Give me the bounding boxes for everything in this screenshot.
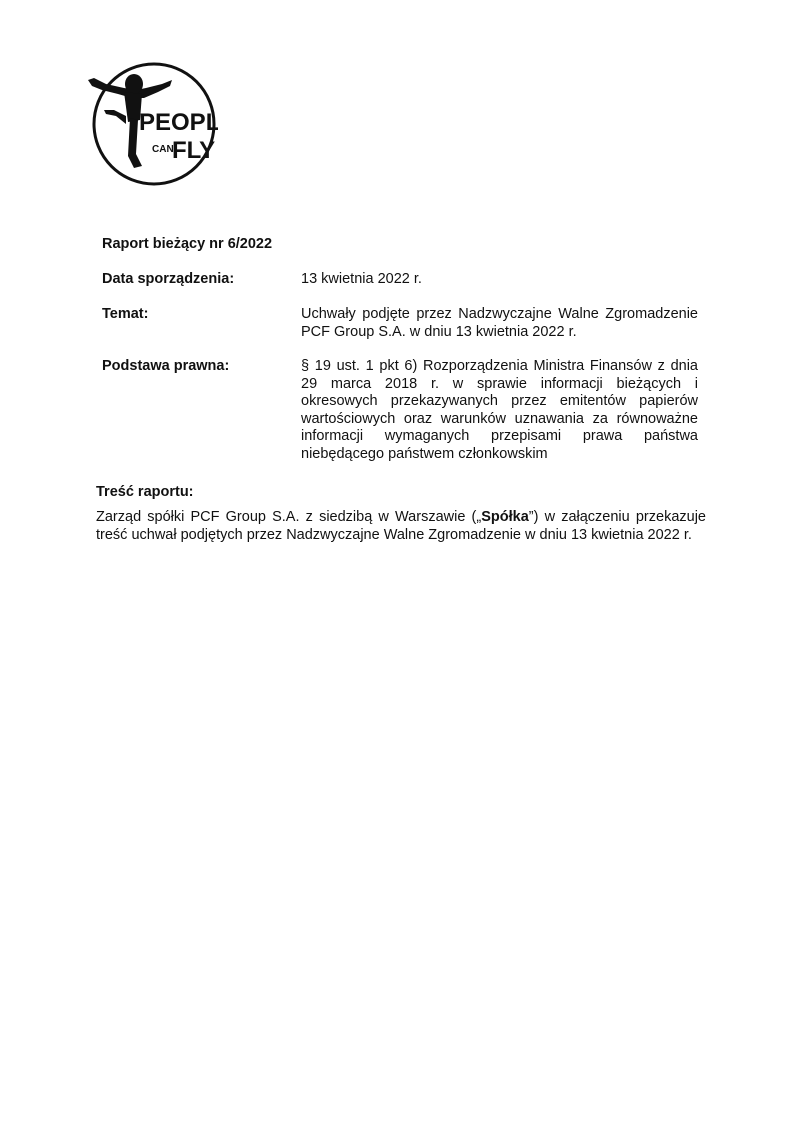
people-can-fly-logo: PEOPLE CAN FLY [84, 58, 218, 188]
field-date: Data sporządzenia: 13 kwietnia 2022 r. [102, 271, 698, 289]
logo-text-can: CAN [152, 144, 174, 155]
report-title: Raport bieżący nr 6/2022 [102, 236, 272, 252]
logo-text-people: PEOPLE [139, 109, 218, 136]
field-label: Podstawa prawna: [102, 358, 301, 463]
field-legal-basis: Podstawa prawna: § 19 ust. 1 pkt 6) Rozp… [102, 358, 698, 463]
field-value: 13 kwietnia 2022 r. [301, 271, 698, 289]
field-label: Data sporządzenia: [102, 271, 301, 289]
field-label: Temat: [102, 306, 301, 341]
logo-text-fly: FLY [172, 137, 215, 164]
content-body-start: Zarząd spółki PCF Group S.A. z siedzibą … [96, 509, 481, 525]
content-body: Zarząd spółki PCF Group S.A. z siedzibą … [96, 509, 706, 544]
company-defined-term: Spółka [481, 509, 529, 525]
field-topic: Temat: Uchwały podjęte przez Nadzwyczajn… [102, 306, 698, 341]
content-heading: Treść raportu: [96, 484, 194, 500]
flying-person-icon: PEOPLE CAN FLY [84, 58, 218, 188]
field-value: § 19 ust. 1 pkt 6) Rozporządzenia Minist… [301, 358, 698, 463]
field-value: Uchwały podjęte przez Nadzwyczajne Walne… [301, 306, 698, 341]
